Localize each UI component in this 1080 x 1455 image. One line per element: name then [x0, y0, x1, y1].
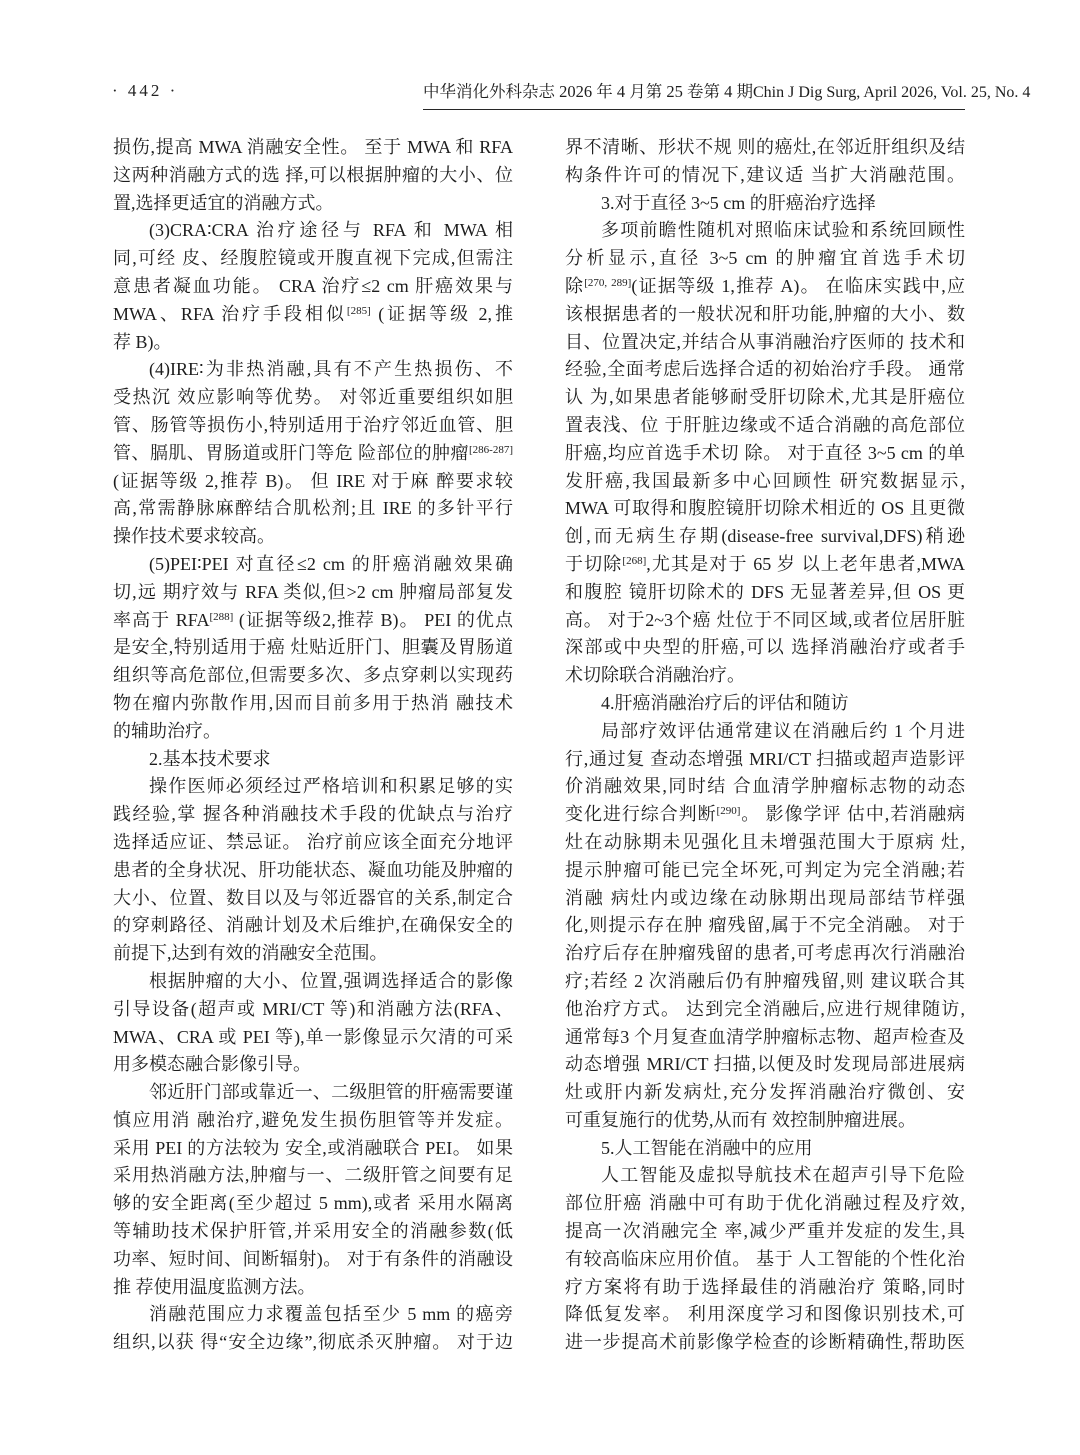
- text-line: 局部疗效评估通常建议在消融后约 1 个月进: [565, 718, 965, 746]
- text-line: 人工智能及虚拟导航技术在超声引导下危险: [565, 1162, 965, 1190]
- text-line: 这两种消融方式的选 择,可以根据肿瘤的大小、位: [113, 162, 513, 190]
- text-line: 灶或肝内新发病灶,充分发挥消融治疗微创、安全、: [565, 1079, 965, 1107]
- text-line: 分析显示,直径 3~5 cm 的肿瘤宜首选手术切: [565, 245, 965, 273]
- text-line: 有较高临床应用价值。 基于 人工智能的个性化治: [565, 1246, 965, 1274]
- text-line: 创,而无病生存期(disease-free survival,DFS)稍逊: [565, 523, 965, 551]
- text-line: 意患者凝血功能。 CRA 治疗≤2 cm 肝癌效果与: [113, 273, 513, 301]
- left-column: 损伤,提高 MWA 消融安全性。 至于 MWA 和 RFA这两种消融方式的选 择…: [113, 134, 513, 1357]
- text-line: 组织等高危部位,但需要多次、多点穿刺以实现药: [113, 662, 513, 690]
- text-line: 置表浅、位 于肝脏边缘或不适合消融的高危部位: [565, 412, 965, 440]
- text-line: 是安全,特别适用于癌 灶贴近肝门、胆囊及胃肠道: [113, 634, 513, 662]
- text-line: 降低复发率。 利用深度学习和图像识别技术,可: [565, 1301, 965, 1329]
- text-line: 目、位置决定,并结合从事消融治疗医师的 技术和: [565, 329, 965, 357]
- text-line: 除[270, 289](证据等级 1,推荐 A)。 在临床实践中,应: [565, 273, 965, 301]
- text-line: 发肝癌,我国最新多中心回顾性 研究数据显示,: [565, 468, 965, 496]
- text-line: 术切除联合消融治疗。: [565, 662, 965, 690]
- text-line: 治疗后存在肿瘤残留的患者,可考虑再次行消融治: [565, 940, 965, 968]
- page-number: · 442 ·: [112, 81, 178, 101]
- text-line: 损伤,提高 MWA 消融安全性。 至于 MWA 和 RFA: [113, 134, 513, 162]
- text-line: 提高一次消融完全 率,减少严重并发症的发生,具: [565, 1218, 965, 1246]
- text-line: 邻近肝门部或靠近一、二级胆管的肝癌需要谨: [113, 1079, 513, 1107]
- citation-ref: [285]: [347, 305, 371, 317]
- text-line: 化,则提示存在肿 瘤残留,属于不完全消融。 对于: [565, 912, 965, 940]
- text-line: 疗方案将有助于选择最佳的消融治疗 策略,同时: [565, 1274, 965, 1302]
- text-line: 变化进行综合判断[290]。 影像学评 估中,若消融病: [565, 801, 965, 829]
- text-line: 肝癌,均应首选手术切 除。 对于直径 3~5 cm 的单: [565, 440, 965, 468]
- text-line: 消融范围应力求覆盖包括至少 5 mm 的癌旁: [113, 1301, 513, 1329]
- text-line: 引导设备(超声或 MRI/CT 等)和消融方法(RFA、: [113, 996, 513, 1024]
- text-line: 大小、位置、数目以及与邻近器官的关系,制定合理: [113, 885, 513, 913]
- text-line: 推 荐使用温度监测方法。: [113, 1274, 513, 1302]
- text-line: 该根据患者的一般状况和肝功能,肿瘤的大小、数: [565, 301, 965, 329]
- text-line: 采用热消融方法,肿瘤与一、二级肝管之间要有足: [113, 1162, 513, 1190]
- text-line: 提示肿瘤可能已完全坏死,可判定为完全消融;若: [565, 857, 965, 885]
- text-line: 4.肝癌消融治疗后的评估和随访: [565, 690, 965, 718]
- text-line: 灶在动脉期未见强化且未增强范围大于原病 灶,: [565, 829, 965, 857]
- text-line: 等辅助技术保护肝管,并采用安全的消融参数(低: [113, 1218, 513, 1246]
- text-line: 界不清晰、形状不规 则的癌灶,在邻近肝组织及结: [565, 134, 965, 162]
- text-line: 可重复施行的优势,从而有 效控制肿瘤进展。: [565, 1107, 965, 1135]
- journal-header: 中华消化外科杂志 2026 年 4 月第 25 卷第 4 期 Chin J Di…: [423, 78, 965, 110]
- text-line: 3.对于直径 3~5 cm 的肝癌治疗选择: [565, 190, 965, 218]
- text-line: 认 为,如果患者能够耐受肝切除术,尤其是肝癌位: [565, 384, 965, 412]
- text-line: 切,远 期疗效与 RFA 类似,但>2 cm 肿瘤局部复发: [113, 579, 513, 607]
- journal-title-en: Chin J Dig Surg, April 2026, Vol. 25, No…: [753, 84, 1030, 102]
- text-line: 行,通过复 查动态增强 MRI/CT 扫描或超声造影评: [565, 746, 965, 774]
- text-line: 消融 病灶内或边缘在动脉期出现局部结节样强: [565, 885, 965, 913]
- text-line: 选择适应证、禁忌证。 治疗前应该全面充分地评估: [113, 829, 513, 857]
- text-line: MWA 可取得和腹腔镜肝切除术相近的 OS 且更微: [565, 495, 965, 523]
- citation-ref: [288]: [209, 611, 233, 623]
- text-line: 动态增强 MRI/CT 扫描,以便及时发现局部进展病: [565, 1051, 965, 1079]
- text-line: 患者的全身状况、肝功能状态、凝血功能及肿瘤的: [113, 857, 513, 885]
- text-line: 进一步提高术前影像学检查的诊断精确性,帮助医: [565, 1329, 965, 1357]
- text-line: 管、膈肌、胃肠道或肝门等危 险部位的肿瘤[286-287]: [113, 440, 513, 468]
- text-line: 用多模态融合影像引导。: [113, 1051, 513, 1079]
- citation-ref: [268]: [622, 555, 646, 567]
- text-line: (5)PEI∶PEI 对直径≤2 cm 的肝癌消融效果确: [113, 551, 513, 579]
- text-line: 功率、短时间、间断辐射)。 对于有条件的消融设备: [113, 1246, 513, 1274]
- citation-ref: [270, 289]: [584, 277, 631, 289]
- text-line: 慎应用消 融治疗,避免发生损伤胆管等并发症。: [113, 1107, 513, 1135]
- text-line: 置,选择更适宜的消融方式。: [113, 190, 513, 218]
- text-line: 操作医师必须经过严格培训和积累足够的实: [113, 773, 513, 801]
- text-line: 组织,以获 得“安全边缘”,彻底杀灭肿瘤。 对于边: [113, 1329, 513, 1357]
- text-line: (证据等级 2,推荐 B)。 但 IRE 对于麻 醉要求较: [113, 468, 513, 496]
- text-line: 价消融效果,同时结 合血清学肿瘤标志物的动态: [565, 773, 965, 801]
- text-line: 于切除[268],尤其是对于 65 岁 以上老年患者,MWA: [565, 551, 965, 579]
- text-line: 的辅助治疗。: [113, 718, 513, 746]
- text-line: 构条件许可的情况下,建议适 当扩大消融范围。: [565, 162, 965, 190]
- text-line: 2.基本技术要求: [113, 746, 513, 774]
- text-line: 物在瘤内弥散作用,因而目前多用于热消 融技术: [113, 690, 513, 718]
- text-line: 他治疗方式。 达到完全消融后,应进行规律随访,: [565, 996, 965, 1024]
- text-line: 高,常需静脉麻醉结合肌松剂;且 IRE 的多针平行: [113, 495, 513, 523]
- text-line: 部位肝癌 消融中可有助于优化消融过程及疗效,: [565, 1190, 965, 1218]
- text-line: MWA、CRA 或 PEI 等),单一影像显示欠清的可采: [113, 1024, 513, 1052]
- right-column: 界不清晰、形状不规 则的癌灶,在邻近肝组织及结构条件许可的情况下,建议适 当扩大…: [565, 134, 965, 1357]
- citation-ref: [290]: [717, 805, 741, 817]
- text-line: 经验,全面考虑后选择合适的初始治疗手段。 通常: [565, 356, 965, 384]
- text-line: (3)CRA∶CRA 治疗途径与 RFA 和 MWA 相: [113, 217, 513, 245]
- text-line: 同,可经 皮、经腹腔镜或开腹直视下完成,但需注: [113, 245, 513, 273]
- text-line: MWA、RFA 治疗手段相似[285] (证据等级 2,推: [113, 301, 513, 329]
- journal-page: · 442 · 中华消化外科杂志 2026 年 4 月第 25 卷第 4 期 C…: [0, 0, 1080, 1455]
- text-line: 多项前瞻性随机对照临床试验和系统回顾性: [565, 217, 965, 245]
- text-line: 根据肿瘤的大小、位置,强调选择适合的影像: [113, 968, 513, 996]
- text-line: 前提下,达到有效的消融安全范围。: [113, 940, 513, 968]
- text-line: 深部或中央型的肝癌,可以 选择消融治疗或者手: [565, 634, 965, 662]
- text-line: 够的安全距离(至少超过 5 mm),或者 采用水隔离: [113, 1190, 513, 1218]
- text-line: 5.人工智能在消融中的应用: [565, 1135, 965, 1163]
- text-line: 操作技术要求较高。: [113, 523, 513, 551]
- text-line: 通常每3 个月复查血清学肿瘤标志物、超声检查及: [565, 1024, 965, 1052]
- journal-title-cn: 中华消化外科杂志 2026 年 4 月第 25 卷第 4 期: [423, 78, 753, 102]
- text-line: (4)IRE∶为非热消融,具有不产生热损伤、不: [113, 356, 513, 384]
- text-line: 高。 对于2~3个癌 灶位于不同区域,或者位居肝脏: [565, 607, 965, 635]
- text-line: 受热沉 效应影响等优势。 对邻近重要组织如胆: [113, 384, 513, 412]
- text-line: 的穿刺路径、消融计划及术后维护,在确保安全的: [113, 912, 513, 940]
- text-line: 采用 PEI 的方法较为 安全,或消融联合 PEI。 如果: [113, 1135, 513, 1163]
- text-line: 和腹腔 镜肝切除术的 DFS 无显著差异,但 OS 更: [565, 579, 965, 607]
- text-line: 率高于 RFA[288] (证据等级2,推荐 B)。 PEI 的优点: [113, 607, 513, 635]
- text-line: 管、肠管等损伤小,特别适用于治疗邻近血管、胆: [113, 412, 513, 440]
- text-line: 践经验,掌 握各种消融技术手段的优缺点与治疗: [113, 801, 513, 829]
- text-line: 疗;若经 2 次消融后仍有肿瘤残留,则 建议联合其: [565, 968, 965, 996]
- citation-ref: [286-287]: [469, 444, 513, 456]
- text-line: 荐 B)。: [113, 329, 513, 357]
